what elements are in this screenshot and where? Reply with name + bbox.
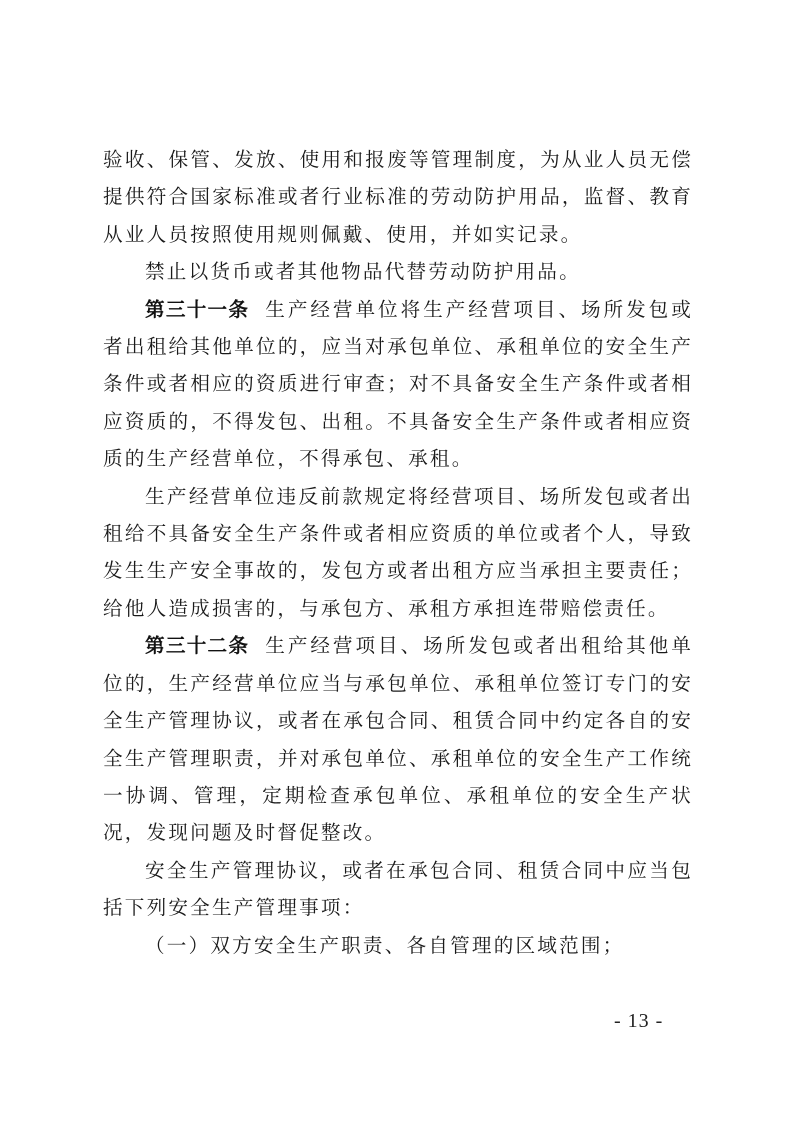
article-32: 第三十二条生产经营项目、场所发包或者出租给其他单位的，生产经营单位应当与承包单位… [103, 627, 693, 851]
paragraph-text: 生产经营项目、场所发包或者出租给其他单位的，生产经营单位应当与承包单位、承租单位… [103, 634, 693, 844]
paragraph-text: 生产经营单位违反前款规定将经营项目、场所发包或者出租给不具备安全生产条件或者相应… [103, 485, 693, 620]
paragraph-liability: 生产经营单位违反前款规定将经营项目、场所发包或者出租给不具备安全生产条件或者相应… [103, 478, 693, 628]
page-number: - 13 - [614, 1010, 663, 1033]
paragraph-text: （一）双方安全生产职责、各自管理的区域范围； [145, 934, 624, 957]
article-31: 第三十一条生产经营单位将生产经营项目、场所发包或者出租给其他单位的，应当对承包单… [103, 291, 693, 478]
paragraph-text: 禁止以货币或者其他物品代替劳动防护用品。 [145, 260, 581, 283]
paragraph-prohibition: 禁止以货币或者其他物品代替劳动防护用品。 [103, 253, 693, 290]
paragraph-continuation: 验收、保管、发放、使用和报废等管理制度，为从业人员无偿提供符合国家标准或者行业标… [103, 141, 693, 253]
paragraph-text: 生产经营单位将生产经营项目、场所发包或者出租给其他单位的，应当对承包单位、承租单… [103, 298, 693, 471]
document-page: 验收、保管、发放、使用和报废等管理制度，为从业人员无偿提供符合国家标准或者行业标… [103, 141, 693, 964]
paragraph-text: 验收、保管、发放、使用和报废等管理制度，为从业人员无偿提供符合国家标准或者行业标… [103, 148, 693, 246]
paragraph-text: 安全生产管理协议，或者在承包合同、租赁合同中应当包括下列安全生产管理事项： [103, 859, 693, 919]
article-number: 第三十二条 [145, 634, 249, 657]
paragraph-agreement: 安全生产管理协议，或者在承包合同、租赁合同中应当包括下列安全生产管理事项： [103, 852, 693, 927]
article-number: 第三十一条 [145, 298, 249, 321]
list-item-1: （一）双方安全生产职责、各自管理的区域范围； [103, 927, 693, 964]
